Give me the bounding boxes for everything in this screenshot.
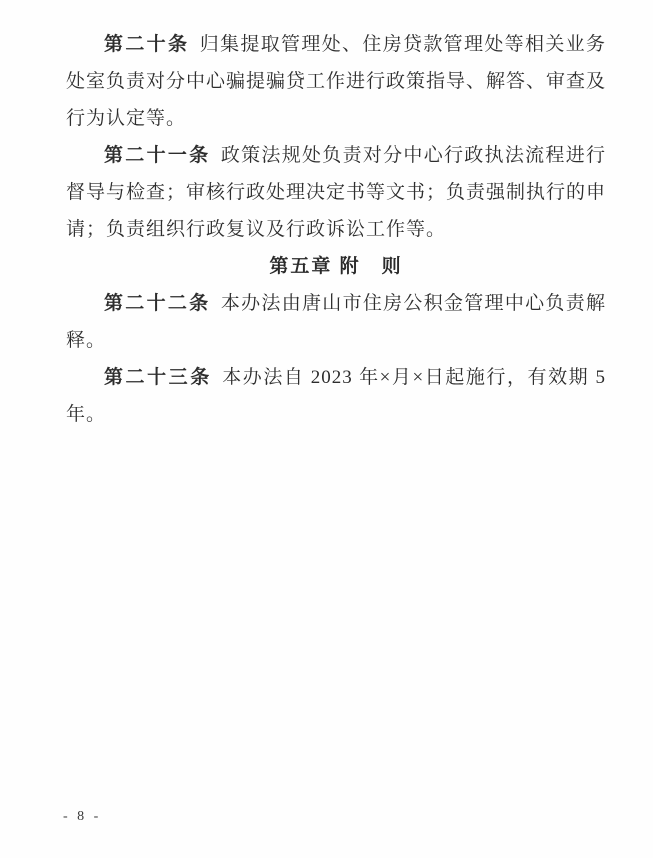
article-number: 第二十条 <box>104 34 189 55</box>
page-number: - 8 - <box>63 809 101 825</box>
document-page: 第二十条归集提取管理处、住房贷款管理处等相关业务处室负责对分中心骗提骗贷工作进行… <box>0 0 653 858</box>
article-number: 第二十一条 <box>104 145 210 166</box>
document-body: 第二十条归集提取管理处、住房贷款管理处等相关业务处室负责对分中心骗提骗贷工作进行… <box>66 26 606 433</box>
article-paragraph: 第二十条归集提取管理处、住房贷款管理处等相关业务处室负责对分中心骗提骗贷工作进行… <box>66 26 606 137</box>
article-number: 第二十二条 <box>104 293 210 314</box>
article-number: 第二十三条 <box>104 367 212 388</box>
article-paragraph: 第二十二条本办法由唐山市住房公积金管理中心负责解释。 <box>66 285 606 359</box>
chapter-heading: 第五章 附 则 <box>66 248 606 285</box>
article-paragraph: 第二十一条政策法规处负责对分中心行政执法流程进行督导与检查；审核行政处理决定书等… <box>66 137 606 248</box>
article-paragraph: 第二十三条本办法自 2023 年×月×日起施行，有效期 5 年。 <box>66 359 606 433</box>
